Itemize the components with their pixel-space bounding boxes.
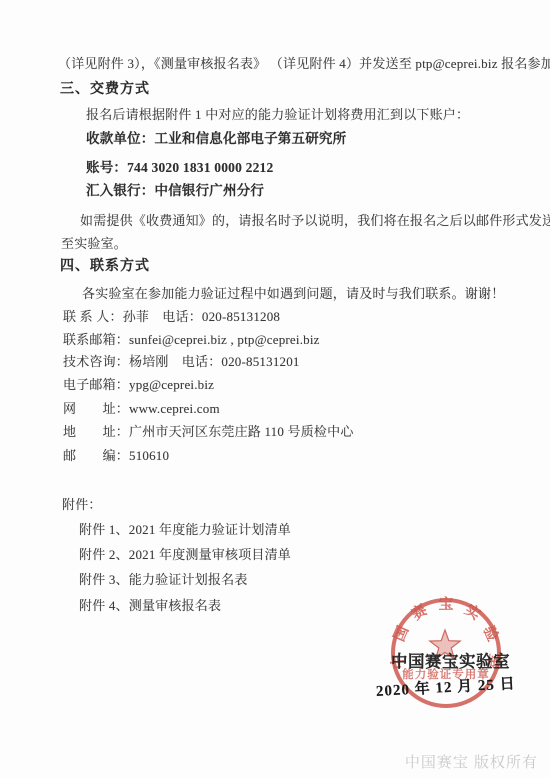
signature-organization: 中国赛宝实验室 xyxy=(391,648,510,672)
payee-line: 收款单位：工业和信息化部电子第五研究所 xyxy=(86,131,346,148)
fee-notice-line-1: 如需提供《收费通知》的，请报名时予以说明，我们将在报名之后以邮件形式发送 xyxy=(80,213,550,229)
section-3-heading: 三、交费方式 xyxy=(60,81,150,99)
bank-line: 汇入银行：中信银行广州分行 xyxy=(86,183,264,200)
contact-line-person: 联 系 人：孙菲 电话：020-85131208 xyxy=(63,309,280,325)
contact-line-website: 网 址：www.ceprei.com xyxy=(63,401,220,417)
contact-line-address: 地 址：广州市天河区东莞庄路 110 号质检中心 xyxy=(63,424,354,440)
paragraph-continuation: （详见附件 3），《测量审核报名表》 （详见附件 4）并发送至 ptp@cepr… xyxy=(58,56,550,72)
contact-line-tech: 技术咨询：杨培刚 电话：020-85131201 xyxy=(63,354,300,370)
contact-intro: 各实验室在参加能力验证过程中如遇到问题，请及时与我们联系。谢谢！ xyxy=(82,286,504,302)
contact-line-tech-email: 电子邮箱：ypg@ceprei.biz xyxy=(63,377,214,393)
attachment-item-1: 附件 1、2021 年度能力验证计划清单 xyxy=(79,522,291,538)
attachment-item-3: 附件 3、能力验证计划报名表 xyxy=(79,572,248,588)
payment-intro: 报名后请根据附件 1 中对应的能力验证计划将费用汇到以下账户： xyxy=(86,107,469,123)
attachment-item-2: 附件 2、2021 年度测量审核项目清单 xyxy=(79,547,291,563)
contact-line-zipcode: 邮 编：510610 xyxy=(63,448,169,464)
attachments-label: 附件： xyxy=(62,497,102,513)
attachment-item-4: 附件 4、测量审核报名表 xyxy=(79,598,221,614)
section-4-heading: 四、联系方式 xyxy=(60,258,150,276)
fee-notice-line-2: 至实验室。 xyxy=(61,236,127,252)
copyright-watermark: 中国赛宝 版权所有 xyxy=(405,751,538,772)
contact-line-email: 联系邮箱：sunfei@ceprei.biz , ptp@ceprei.biz xyxy=(63,332,320,348)
account-number-line: 账号：744 3020 1831 0000 2212 xyxy=(86,160,273,177)
document-page: （详见附件 3），《测量审核报名表》 （详见附件 4）并发送至 ptp@cepr… xyxy=(0,0,550,778)
